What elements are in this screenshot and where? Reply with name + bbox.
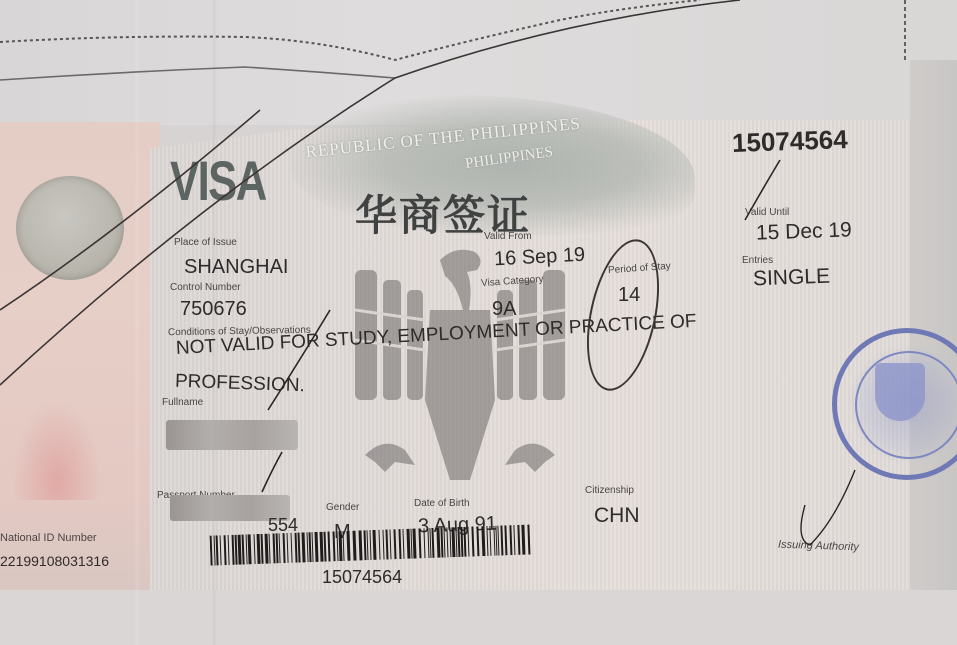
fullname-label: Fullname (162, 397, 203, 408)
control-number-label: Control Number (170, 282, 241, 293)
conditions-line2: PROFESSION. (175, 371, 306, 398)
gender-label: Gender (326, 502, 359, 513)
entries-label: Entries (742, 255, 773, 266)
fullname-redacted (166, 420, 298, 450)
barcode-number: 15074564 (322, 567, 402, 588)
visa-number: 15074564 (731, 124, 848, 159)
national-id-label: National ID Number (0, 532, 97, 544)
dob-label: Date of Birth (414, 498, 470, 509)
place-of-issue-value: SHANGHAI (184, 256, 288, 279)
national-id-value: 22199108031316 (0, 553, 109, 569)
valid-from-value: 16 Sep 19 (493, 244, 585, 272)
place-of-issue-label: Place of Issue (174, 237, 237, 248)
valid-until-label: Valid Until (745, 207, 789, 218)
valid-until-value: 15 Dec 19 (756, 218, 853, 245)
visa-category-value: 9A (492, 298, 516, 321)
citizenship-label: Citizenship (585, 485, 634, 496)
entries-value: SINGLE (753, 265, 831, 292)
control-number-value: 750676 (180, 298, 247, 321)
citizenship-value: CHN (594, 504, 640, 528)
valid-from-label: Valid From (484, 231, 532, 242)
visa-heading: VISA (170, 148, 266, 213)
